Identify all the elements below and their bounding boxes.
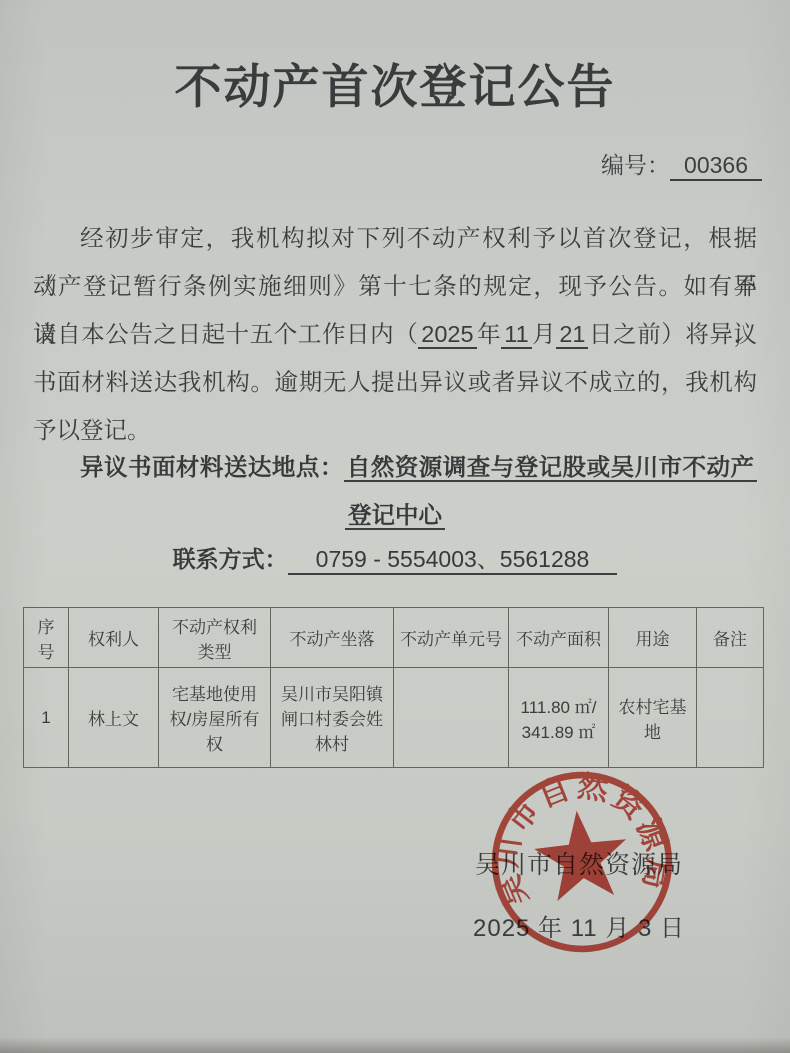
delivery-label: 异议书面材料送达地点：: [80, 454, 344, 480]
paragraph-line-1: 经初步审定，我机构拟对下列不动产权利予以首次登记，根据《不: [33, 214, 757, 262]
header-remarks: 备注: [697, 608, 764, 668]
delivery-address-line: 异议书面材料送达地点：自然资源调查与登记股或吴川市不动产: [33, 443, 757, 491]
serial-label: 编号：: [601, 152, 670, 178]
cell-use: 农村宅基地: [609, 668, 697, 768]
table-header-row: 序号 权利人 不动产权利类型 不动产坐落 不动产单元号 不动产面积 用途 备注: [24, 608, 764, 668]
contact-value: 0759 - 5554003、5561288: [288, 546, 618, 575]
contact-label: 联系方式：: [173, 546, 288, 572]
deadline-suffix: 日之前）将异议: [588, 321, 757, 347]
contact-line: 联系方式：0759 - 5554003、5561288: [0, 536, 790, 582]
cell-unit-number: [394, 668, 509, 768]
delivery-address-line-2: 登记中心: [0, 491, 790, 539]
deadline-prefix: 请自本公告之日起十五个工作日内（: [33, 321, 418, 347]
header-area: 不动产面积: [509, 608, 609, 668]
deadline-year: 2025: [418, 321, 476, 349]
signature-block: 吴川市自然资源局 2025 年 11 月 3 日: [424, 845, 734, 943]
page-title: 不动产首次登记公告: [0, 50, 790, 117]
paragraph-line-3: 请自本公告之日起十五个工作日内（2025年11月21日之前）将异议: [33, 310, 757, 358]
cell-area: 111.80 ㎡/ 341.89 ㎡: [509, 668, 609, 768]
deadline-day: 21: [556, 321, 588, 349]
table-row: 1 林上文 宅基地使用权/房屋所有权 吴川市吴阳镇闸口村委会姓林村 111.80…: [24, 668, 764, 768]
deadline-month-unit: 月: [532, 321, 557, 347]
serial-number-line: 编号：00366: [601, 147, 762, 180]
header-unit-number: 不动产单元号: [394, 608, 509, 668]
cell-rightholder: 林上文: [69, 668, 159, 768]
cell-location: 吴川市吴阳镇闸口村委会姓林村: [271, 668, 394, 768]
notice-paragraph: 经初步审定，我机构拟对下列不动产权利予以首次登记，根据《不 动产登记暂行条例实施…: [33, 214, 757, 454]
cell-seq: 1: [24, 668, 69, 768]
deadline-month: 11: [501, 321, 531, 349]
paragraph-line-4: 书面材料送达我机构。逾期无人提出异议或者异议不成立的，我机构: [33, 358, 757, 406]
cell-remarks: [697, 668, 764, 768]
delivery-value-part1: 自然资源调查与登记股或吴川市不动产: [344, 454, 757, 482]
header-location: 不动产坐落: [271, 608, 394, 668]
issuing-org: 吴川市自然资源局: [424, 845, 734, 881]
issue-date: 2025 年 11 月 3 日: [424, 908, 734, 943]
deadline-year-unit: 年: [477, 321, 502, 347]
paragraph-line-2: 动产登记暂行条例实施细则》第十七条的规定，现予公告。如有异议，: [33, 262, 757, 310]
header-rightholder: 权利人: [69, 608, 159, 668]
header-seq: 序号: [24, 608, 69, 668]
cell-right-type: 宅基地使用权/房屋所有权: [159, 668, 271, 768]
serial-value: 00366: [670, 152, 762, 181]
header-use: 用途: [609, 608, 697, 668]
header-right-type: 不动产权利类型: [159, 608, 271, 668]
delivery-value-part2: 登记中心: [345, 502, 445, 530]
registration-table: 序号 权利人 不动产权利类型 不动产坐落 不动产单元号 不动产面积 用途 备注 …: [23, 607, 764, 768]
announcement-page: 不动产首次登记公告 编号：00366 经初步审定，我机构拟对下列不动产权利予以首…: [0, 0, 790, 1053]
